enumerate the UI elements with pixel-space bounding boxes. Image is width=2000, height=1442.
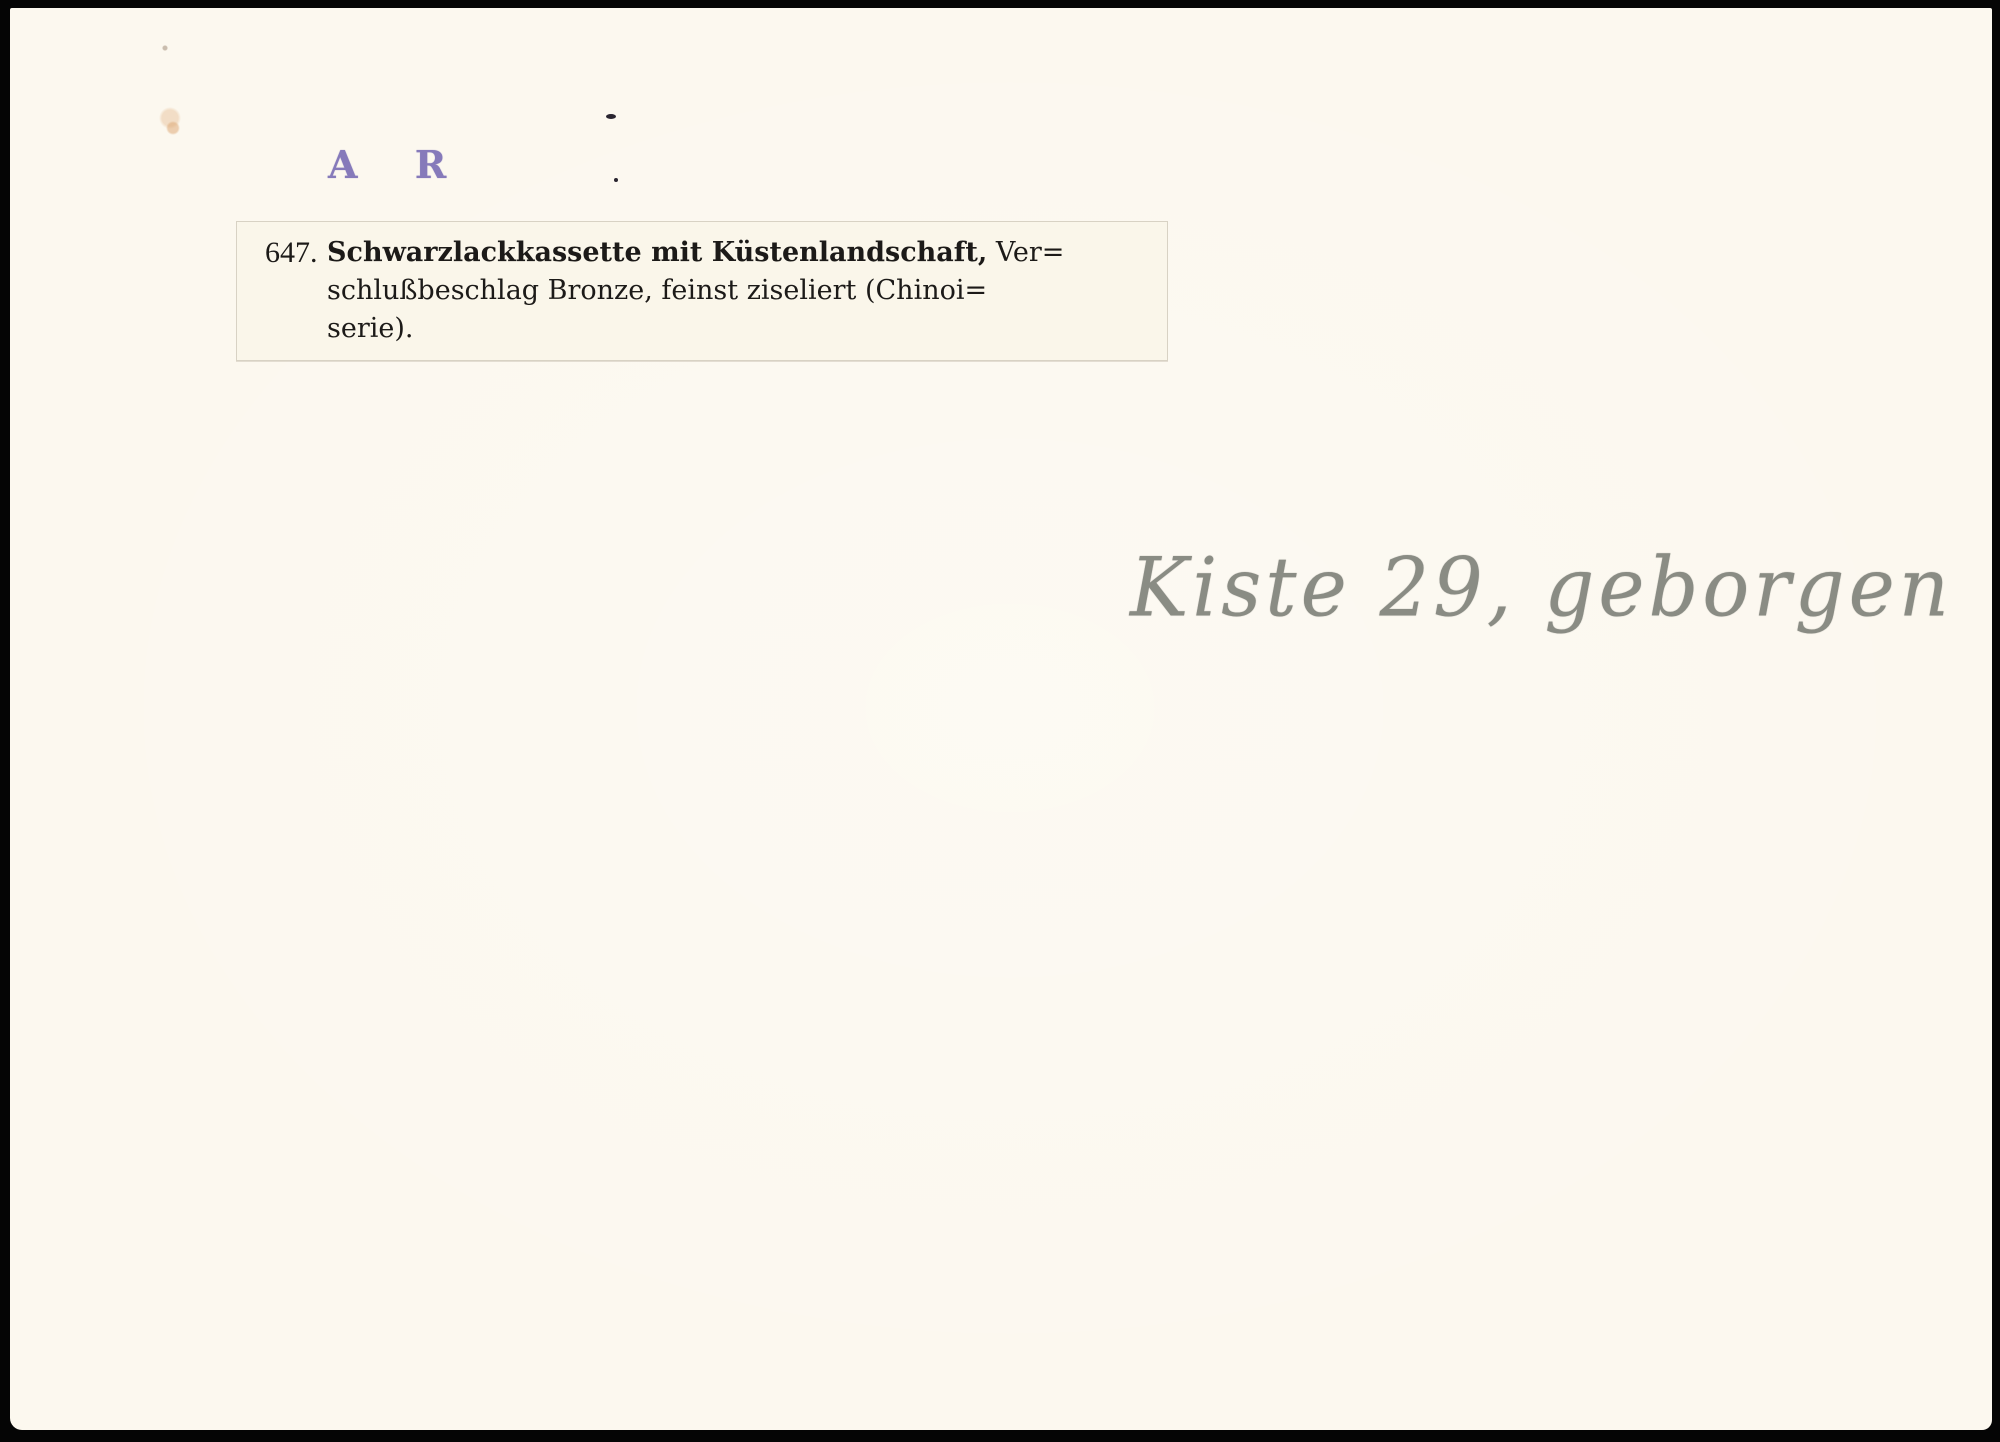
catalog-line-1: Schwarzlackkassette mit Küstenlandschaft… <box>327 234 1157 272</box>
catalog-entry: 647. Schwarzlackkassette mit Küstenlands… <box>327 234 1157 348</box>
stamp-letter-r: R <box>415 142 449 187</box>
catalog-line-2: schlußbeschlag Bronze, feinst ziseliert … <box>327 272 1157 310</box>
photo-card-paper: A R 647. Schwarzlackkassette mit Küstenl… <box>10 8 1992 1430</box>
stamp-letter-a: A <box>328 142 359 187</box>
ink-speck <box>606 114 616 119</box>
ink-speck <box>614 178 618 182</box>
catalog-number: 647. <box>265 234 318 272</box>
catalog-label-slip: 647. Schwarzlackkassette mit Küstenlands… <box>236 221 1168 361</box>
scan-frame: A R 647. Schwarzlackkassette mit Küstenl… <box>0 0 2000 1442</box>
ar-stamp: A R <box>328 142 448 187</box>
catalog-line-1-rest: Ver= <box>996 237 1065 268</box>
handwritten-pencil-note: Kiste 29, geborgen <box>1130 541 1953 636</box>
catalog-title: Schwarzlackkassette mit Küstenlandschaft… <box>327 237 987 268</box>
catalog-line-3: serie). <box>327 310 1157 348</box>
